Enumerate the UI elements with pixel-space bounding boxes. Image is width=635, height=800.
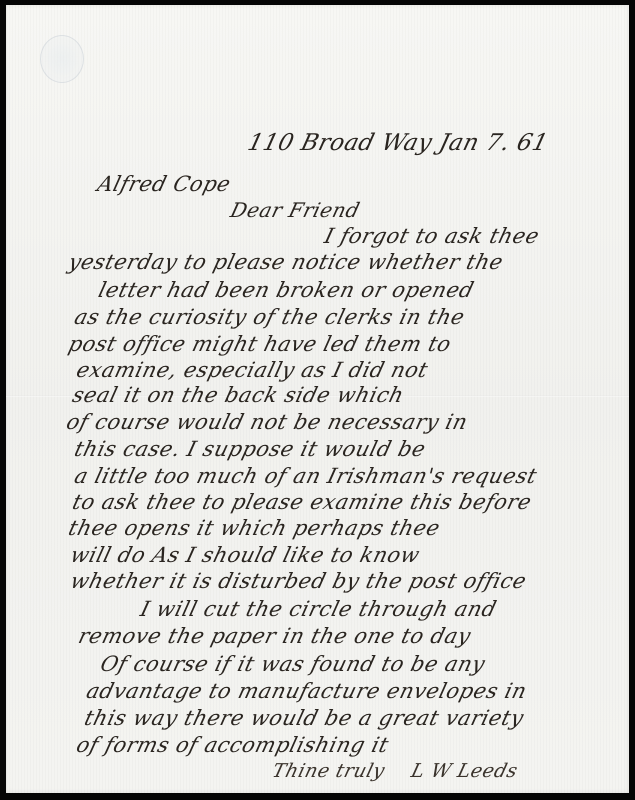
body-line: thee opens it which perhaps thee — [66, 516, 443, 540]
body-line: whether it is disturbed by the post offi… — [68, 569, 529, 593]
body-line: this way there would be a great variety — [82, 706, 526, 730]
body-line: as the curiosity of the clerks in the — [72, 305, 467, 329]
body-line: letter had been broken or opened — [96, 278, 477, 302]
closing-and-signature: Thine truly L W Leeds — [270, 760, 520, 782]
body-line: seal it on the back side which — [70, 383, 407, 407]
dateline: 110 Broad Way Jan 7. 61 — [245, 130, 551, 156]
body-line: advantage to manufacture envelopes in — [84, 679, 529, 703]
embossed-seal-icon — [40, 35, 84, 83]
body-line: remove the paper in the one to day — [76, 624, 473, 648]
closing: Thine truly — [270, 760, 387, 782]
body-line: Of course if it was found to be any — [98, 652, 488, 676]
body-line: a little too much of an Irishman's reque… — [72, 464, 540, 488]
recipient-name: Alfred Cope — [95, 172, 233, 196]
body-line: to ask thee to please examine this befor… — [70, 490, 534, 514]
salutation: Dear Friend — [228, 198, 363, 222]
body-line: yesterday to please notice whether the — [66, 250, 506, 274]
body-line: will do As I should like to know — [68, 543, 422, 567]
body-line: I will cut the circle through and — [138, 597, 499, 621]
body-line: of course would not be necessary in — [64, 410, 470, 434]
body-line: examine, especially as I did not — [74, 358, 431, 382]
body-line: this case. I suppose it would be — [72, 437, 428, 461]
body-line: of forms of accomplishing it — [74, 733, 391, 757]
body-line: post office might have led them to — [66, 332, 454, 356]
signature: L W Leeds — [409, 760, 520, 782]
body-line: I forgot to ask thee — [322, 224, 542, 248]
